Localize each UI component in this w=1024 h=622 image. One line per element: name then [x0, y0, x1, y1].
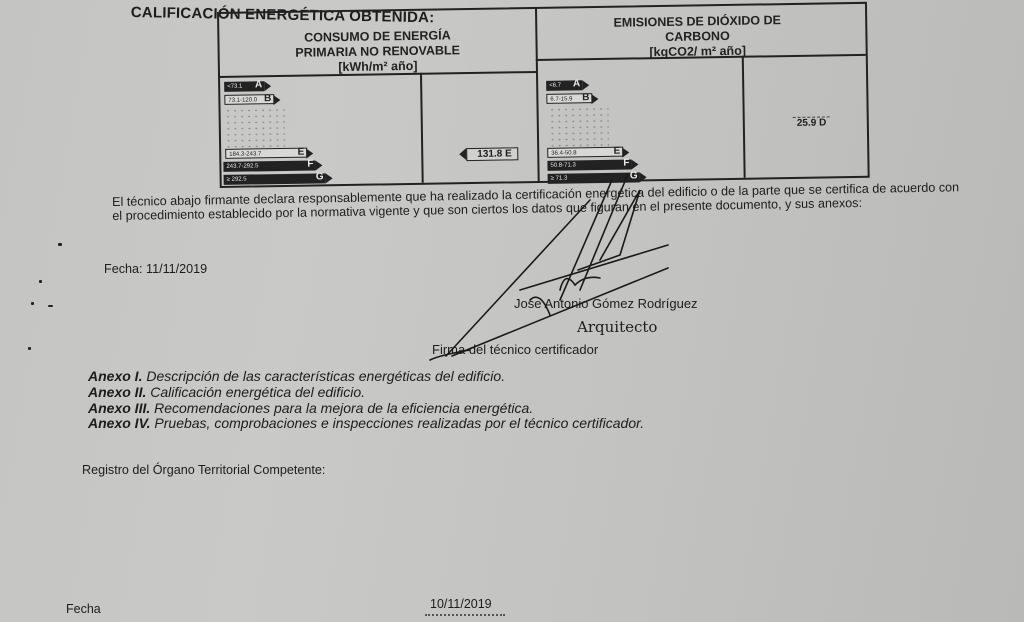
signer-name: Jose Antonio Gómez Rodríguez: [514, 296, 698, 311]
signature-caption: Firma del técnico certificador: [432, 342, 598, 357]
speck: [28, 347, 31, 350]
speck: [39, 280, 42, 283]
consumo-rating-marker: 131.8 E: [466, 147, 519, 161]
consumo-header: CONSUMO DE ENERGÍA PRIMARIA NO RENOVABLE…: [257, 28, 498, 77]
signature-date: Fecha: 11/11/2019: [104, 262, 207, 276]
cut-off-text: [425, 614, 505, 622]
footer-fecha-label: Fecha: [66, 602, 101, 616]
speck: [31, 302, 34, 305]
consumo-scale-g: ≥ 292.5G: [224, 173, 326, 185]
emisiones-header: EMISIONES DE DIÓXIDO DE CARBONO [kgCO2/ …: [567, 12, 828, 61]
anexo-item: Anexo II. Calificación energética del ed…: [88, 385, 644, 401]
emisiones-scale-b: 6.7-15.9B: [546, 93, 592, 104]
speck: [48, 305, 53, 307]
consumo-scale-b: 73.1-120.0B: [224, 94, 274, 105]
anexo-item: Anexo I. Descripción de las característi…: [88, 369, 644, 385]
signer-title: Arquitecto: [577, 318, 657, 336]
anexos-list: Anexo I. Descripción de las característi…: [88, 369, 644, 432]
footer-fecha-value: 10/11/2019: [430, 597, 492, 611]
consumo-scale-e: 184.3-243.7E: [225, 148, 307, 159]
registro-label: Registro del Órgano Territorial Competen…: [82, 463, 325, 477]
consumo-scale-f: 243.7-292.5F: [223, 160, 315, 171]
emisiones-scale-f: 50.8-71.3F: [547, 160, 631, 171]
emisiones-scale-e: 36.4-50.8E: [547, 147, 623, 158]
energy-rating-table: CONSUMO DE ENERGÍA PRIMARIA NO RENOVABLE…: [217, 2, 868, 186]
emisiones-scale-a: <6.7A: [546, 80, 582, 91]
emisiones-scale-g: ≥ 71.3G: [548, 172, 640, 183]
anexo-item: Anexo III. Recomendaciones para la mejor…: [88, 401, 644, 417]
speck: [58, 243, 62, 246]
emisiones-rating-value: 25.9 D: [793, 116, 831, 129]
consumo-scale-a: <73.1A: [224, 81, 264, 92]
anexo-item: Anexo IV. Pruebas, comprobaciones e insp…: [88, 416, 644, 432]
